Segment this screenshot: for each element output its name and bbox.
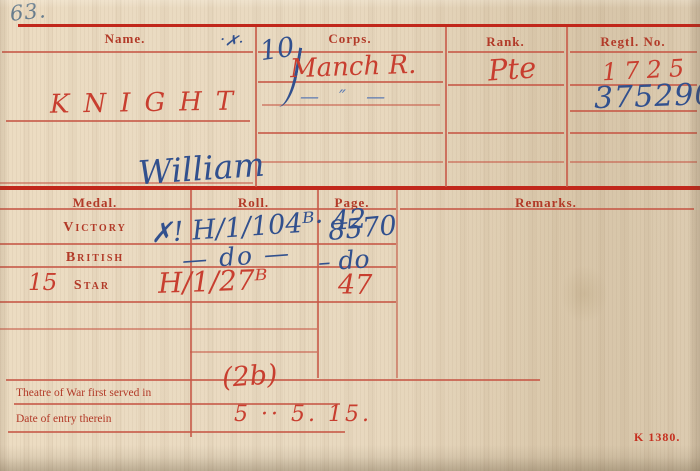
medal-index-card: Name. Corps. Rank. Regtl. No. Medal. Rol… [0, 0, 700, 471]
rule-line [448, 132, 564, 134]
rule-line [258, 161, 443, 163]
divider-line [396, 190, 398, 378]
victory-page-value: 8570 [327, 212, 398, 245]
star-roll-value: H/1/27ᴮ [158, 266, 269, 298]
rule-line [570, 161, 697, 163]
rank-column-header: Rank. [445, 34, 566, 50]
corner-number-pencil: 63. [9, 0, 47, 25]
star-page-value: 47 [338, 272, 372, 299]
date-of-entry-value: 5 ·· 5. 15. [234, 404, 372, 426]
rule-line [190, 351, 317, 353]
name-column-header: Name. [0, 31, 250, 47]
rule-line [448, 161, 564, 163]
rule-line [0, 301, 396, 303]
form-reference: K 1380. [634, 430, 694, 445]
medal-label-british: British [20, 250, 170, 266]
medal-label-star: Star [62, 278, 122, 294]
regtl-no-second-value: 375290 [594, 80, 700, 114]
medal-label-victory: Victory [20, 220, 170, 236]
rule-line [2, 51, 253, 53]
rank-value: Pte [487, 53, 537, 85]
paper-stain [560, 265, 608, 323]
rule-line [258, 132, 443, 134]
divider-line [566, 27, 568, 187]
remarks-column-header: Remarks. [396, 195, 696, 211]
forename-value: William [137, 148, 266, 190]
theatre-of-war-label: Theatre of War first served in [16, 387, 188, 399]
check-mark: ·✗· [219, 31, 245, 50]
corps-ditto-mark: — ″ — [300, 88, 392, 107]
divider-line [445, 27, 447, 187]
theatre-of-war-value: (2b) [221, 361, 278, 392]
regtl-no-column-header: Regtl. No. [566, 34, 700, 50]
corps-value: Manch R. [290, 52, 417, 82]
rule-line [0, 328, 317, 330]
rule-line [570, 51, 697, 53]
rule-line [6, 120, 250, 122]
date-of-entry-label: Date of entry therein [16, 413, 188, 425]
surname-value: KNIGHT [50, 88, 248, 117]
star-prefix-value: 15 [28, 272, 57, 295]
rule-line [8, 431, 345, 433]
medal-column-header: Medal. [0, 195, 190, 211]
rule-line [0, 186, 700, 190]
rule-line [18, 24, 700, 27]
rule-line [570, 132, 697, 134]
